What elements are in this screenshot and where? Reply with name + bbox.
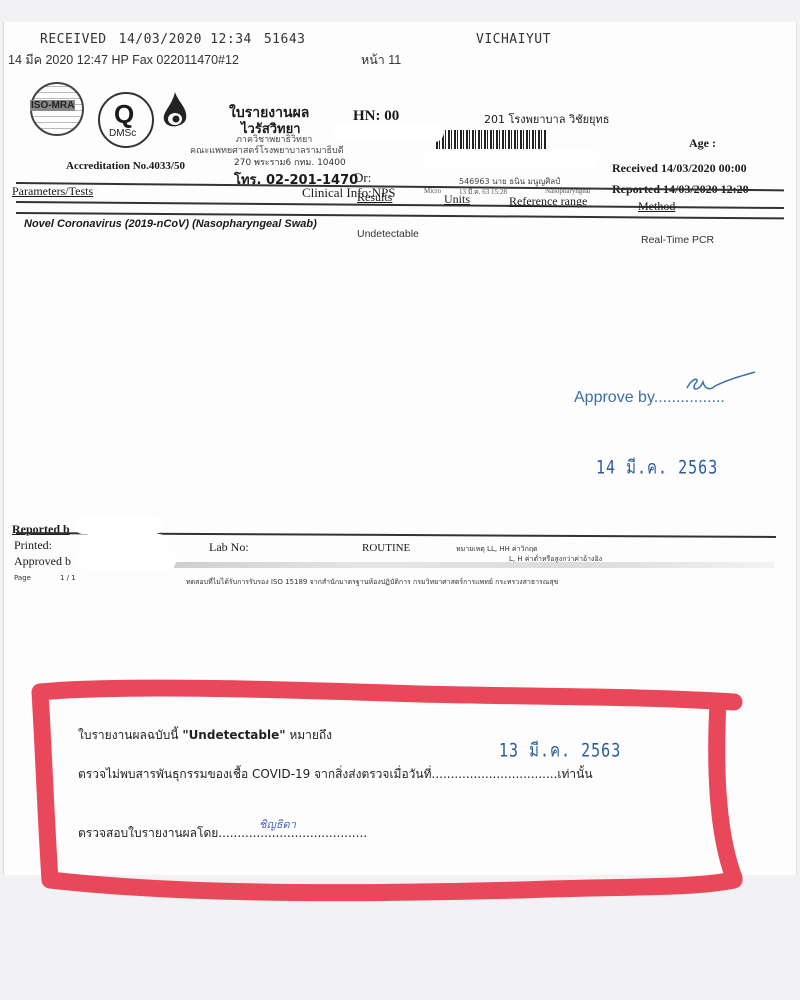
faculty-drop-logo-icon [162, 92, 188, 130]
fax-page-number: หน้า 11 [361, 50, 401, 70]
received-datetime: Received 14/03/2020 00:00 [612, 161, 747, 176]
lab-no-label: Lab No: [209, 540, 249, 555]
annotation-line-1: ใบรายงานผลฉบับนี้ "Undetectable" หมายถึง [78, 726, 332, 745]
undetectable-term: "Undetectable" [182, 728, 285, 742]
page-label: Page [14, 574, 31, 582]
annotation-line-1-pre: ใบรายงานผลฉบับนี้ [78, 728, 182, 742]
header-units: Units [444, 192, 470, 207]
redaction [334, 122, 444, 142]
iso-note: ทดสอบที่ไม่ได้รับการรับรอง ISO 15189 จาก… [186, 577, 558, 588]
header-parameters: Parameters/Tests [12, 184, 93, 199]
age-label: Age : [689, 136, 716, 151]
annotation-line-3: ตรวจสอบใบรายงานผลโดย....................… [78, 824, 367, 843]
received-id: 51643 [264, 32, 306, 47]
lab-report-document: RECEIVED14/03/2020 12:3451643 VICHAIYUT … [3, 22, 797, 875]
header-reference-range: Reference range [509, 194, 587, 209]
logo-q: Q [114, 99, 134, 130]
fax-received-line: RECEIVED14/03/2020 12:3451643 [40, 32, 306, 47]
received-date: 14/03/2020 12:34 [119, 32, 252, 47]
doctor-label: Dr: [354, 170, 371, 186]
redaction [79, 534, 169, 554]
fax-transmission-line: 14 มีค 2020 12:47 HP Fax 022011470#12 [8, 50, 239, 70]
approval-date-stamp: 14 มี.ค. 2563 [596, 452, 718, 482]
test-method: Real-Time PCR [641, 234, 714, 246]
approved-by-label: Approved b [14, 554, 71, 569]
annotation-line-2: ตรวจไม่พบสารพันธุกรรมของเชื้อ COVID-19 จ… [78, 765, 593, 784]
accreditation-number: Accreditation No.4033/50 [66, 160, 185, 172]
header-results: Results [357, 190, 392, 205]
sample-date-stamp: 13 มี.ค. 2563 [499, 735, 621, 765]
printed-label: Printed: [14, 538, 52, 553]
approver-signature-icon [679, 370, 759, 400]
header-method: Method [638, 199, 675, 214]
logo-mra-text: ISO-MRA [30, 100, 75, 111]
page-count: 1 / 1 [60, 574, 76, 582]
received-label: RECEIVED [40, 32, 107, 47]
annotation-line-1-post: หมายถึง [286, 728, 333, 742]
verifier-signature: ชิญธิดา [259, 815, 296, 833]
logo-dmsc-text: DMSc [109, 128, 136, 139]
scan-shadow [174, 562, 774, 568]
hospital-name: 201 โรงพยาบาล วิชัยยุทธ [484, 110, 609, 128]
redaction [74, 516, 164, 534]
micro-label: Micro [424, 187, 441, 195]
redaction [424, 149, 599, 169]
iso-mra-logo-icon: ISO-MRA [30, 82, 84, 136]
test-result: Undetectable [357, 228, 419, 240]
test-name: Novel Coronavirus (2019-nCoV) (Nasophary… [24, 218, 317, 230]
routine-label: ROUTINE [362, 542, 410, 554]
dmsc-quality-logo-icon: Q DMSc [98, 92, 154, 148]
address: 270 พระราม6 กทม. 10400 [234, 155, 346, 169]
redaction [76, 552, 176, 570]
reported-by-label: Reported b [12, 522, 70, 537]
fax-operator: VICHAIYUT [476, 32, 551, 47]
